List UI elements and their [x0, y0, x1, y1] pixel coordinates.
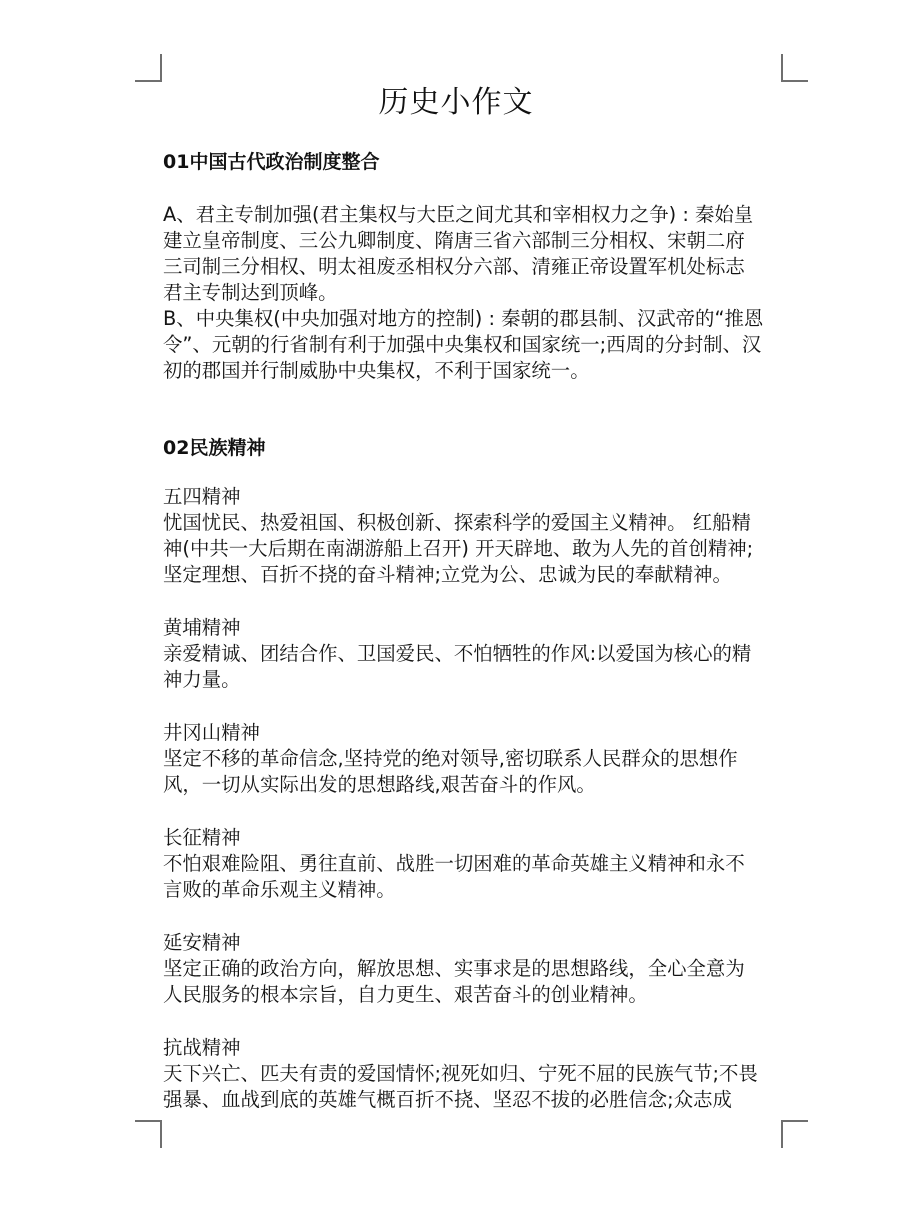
section-heading-02: 02民族精神	[163, 435, 265, 461]
paragraph-b-line-3: 初的郡国并行制威胁中央集权，不利于国家统一。	[163, 358, 590, 384]
subsection-title-changzheng: 长征精神	[163, 825, 241, 851]
section-heading-01: 01中国古代政治制度整合	[163, 149, 379, 175]
paragraph-b-line-1: B、中央集权(中央加强对地方的控制) : 秦朝的郡县制、汉武帝的“推恩	[163, 306, 763, 332]
crop-mark-top-right	[781, 54, 808, 82]
subsection-title-huangpu: 黄埔精神	[163, 615, 241, 641]
wusi-line-3: 坚定理想、百折不挠的奋斗精神;立党为公、忠诚为民的奉献精神。	[163, 562, 732, 588]
paragraph-a-line-4: 君主专制达到顶峰。	[163, 280, 338, 306]
changzheng-line-2: 言败的革命乐观主义精神。	[163, 877, 396, 903]
paragraph-a-line-1: A、君主专制加强(君主集权与大臣之间尤其和宰相权力之争) : 秦始皇	[163, 202, 753, 228]
jinggangshan-line-2: 风，一切从实际出发的思想路线,艰苦奋斗的作风。	[163, 772, 596, 798]
huangpu-line-1: 亲爱精诚、团结合作、卫国爱民、不怕牺牲的作风:以爱国为核心的精	[163, 641, 751, 667]
wusi-line-2: 神(中共一大后期在南湖游船上召开) 开天辟地、敢为人先的首创精神;	[163, 536, 753, 562]
changzheng-line-1: 不怕艰难险阻、勇往直前、战胜一切困难的革命英雄主义精神和永不	[163, 851, 745, 877]
document-page: 历史小作文 01中国古代政治制度整合 A、君主专制加强(君主集权与大臣之间尤其和…	[0, 0, 912, 1215]
kangzhan-line-2: 强暴、血战到底的英雄气概百折不挠、坚忍不拔的必胜信念;众志成	[163, 1087, 732, 1113]
crop-mark-top-left	[135, 54, 162, 82]
kangzhan-line-1: 天下兴亡、匹夫有责的爱国情怀;视死如归、宁死不屈的民族气节;不畏	[163, 1061, 758, 1087]
crop-mark-bottom-left	[135, 1120, 162, 1148]
subsection-title-wusi: 五四精神	[163, 484, 241, 510]
paragraph-b-line-2: 令”、元朝的行省制有利于加强中央集权和国家统一;西周的分封制、汉	[163, 332, 761, 358]
yanan-line-1: 坚定正确的政治方向，解放思想、实事求是的思想路线，全心全意为	[163, 956, 745, 982]
subsection-title-yanan: 延安精神	[163, 930, 241, 956]
yanan-line-2: 人民服务的根本宗旨，自力更生、艰苦奋斗的创业精神。	[163, 982, 648, 1008]
paragraph-a-line-3: 三司制三分相权、明太祖废丞相权分六部、清雍正帝设置军机处标志	[163, 254, 745, 280]
crop-mark-bottom-right	[781, 1120, 808, 1148]
document-title: 历史小作文	[0, 84, 912, 122]
wusi-line-1: 忧国忧民、热爱祖国、积极创新、探索科学的爱国主义精神。 红船精	[163, 510, 751, 536]
paragraph-a-line-2: 建立皇帝制度、三公九卿制度、隋唐三省六部制三分相权、宋朝二府	[163, 228, 745, 254]
huangpu-line-2: 神力量。	[163, 667, 241, 693]
subsection-title-kangzhan: 抗战精神	[163, 1035, 241, 1061]
jinggangshan-line-1: 坚定不移的革命信念,坚持党的绝对领导,密切联系人民群众的思想作	[163, 746, 738, 772]
subsection-title-jinggangshan: 井冈山精神	[163, 720, 260, 746]
